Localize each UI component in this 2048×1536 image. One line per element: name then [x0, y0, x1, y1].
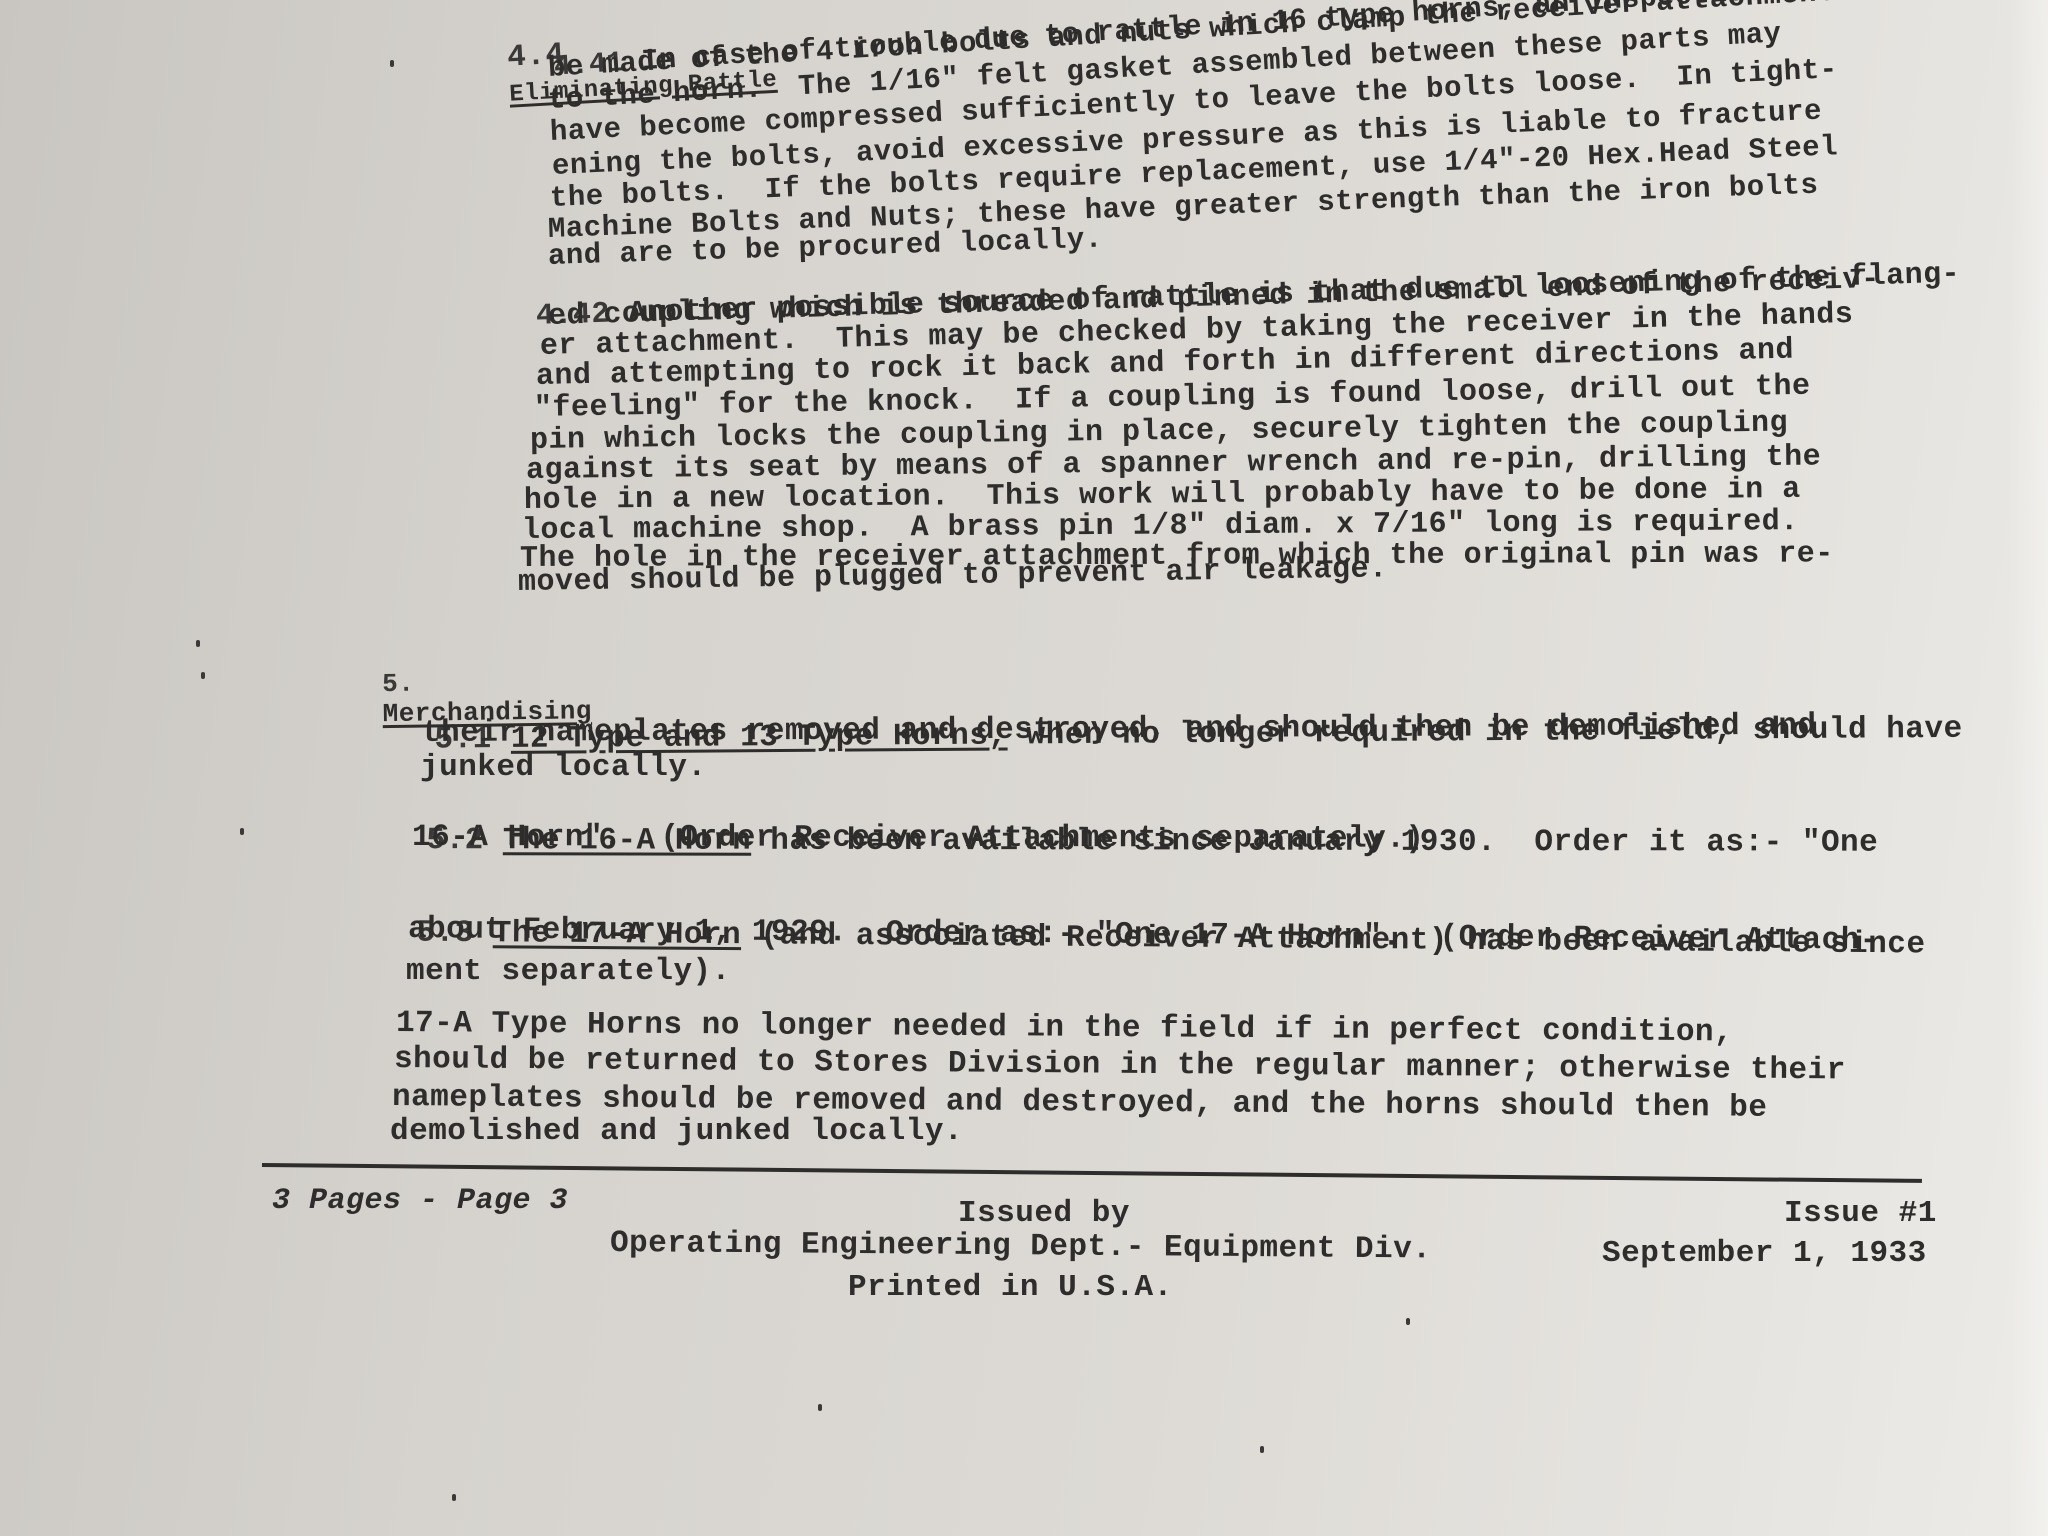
- footer-issue-number: Issue #1: [1784, 1196, 1937, 1231]
- para-5-1-line-3: junked locally.: [420, 750, 707, 785]
- footer-date: September 1, 1933: [1602, 1236, 1927, 1271]
- para-5-2-line-2: 16-A Horn". (Order Receiver Attachments …: [412, 820, 1425, 857]
- para-5-1-line-2: their nameplates removed and destroyed, …: [422, 709, 1817, 751]
- ink-speck: [1260, 1446, 1264, 1453]
- footer-page-count: 3 Pages - Page 3: [272, 1184, 568, 1218]
- ink-speck: [452, 1494, 456, 1501]
- ink-speck: [1406, 1318, 1410, 1325]
- ink-speck: [240, 828, 244, 835]
- footer-divider: [262, 1163, 1922, 1183]
- para-5-3-line-3: ment separately).: [406, 954, 731, 989]
- para-5-3b-line-4: demolished and junked locally.: [390, 1114, 963, 1149]
- page-edge-highlight: [2008, 0, 2048, 1536]
- ink-speck: [390, 60, 394, 67]
- footer-issued-by: Issued by: [958, 1196, 1130, 1231]
- footer-department: Operating Engineering Dept.- Equipment D…: [610, 1226, 1432, 1267]
- ink-speck: [818, 1404, 822, 1411]
- footer-printed: Printed in U.S.A.: [848, 1270, 1173, 1305]
- document-page: 4.4 Eliminating Rattle 4.41 In case of t…: [0, 0, 2048, 1536]
- ink-speck: [201, 672, 205, 679]
- ink-speck: [196, 640, 200, 647]
